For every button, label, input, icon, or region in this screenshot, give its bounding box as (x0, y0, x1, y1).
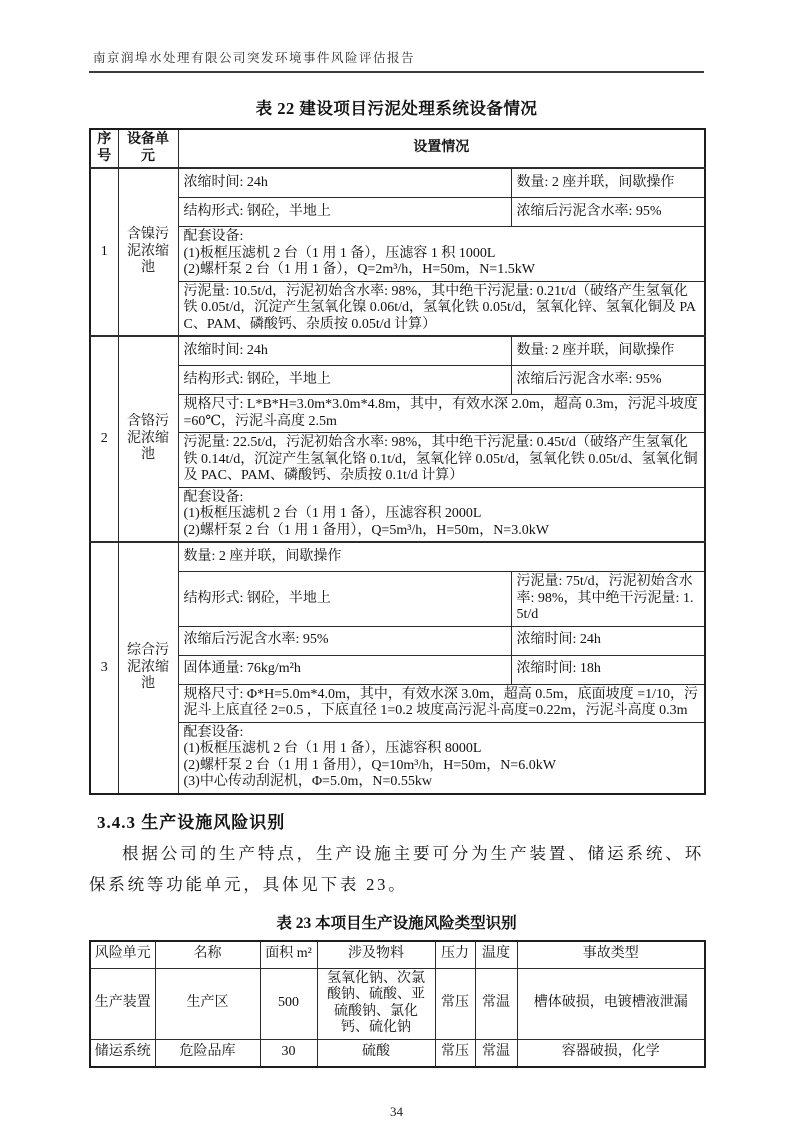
table-row: 配套设备: (1)板框压滤机 2 台（1 用 1 备），压滤容积 2000L (… (90, 487, 705, 542)
table-cell: 浓缩时间: 18h (511, 655, 705, 684)
table-cell: 结构形式: 钢砼，半地上 (178, 572, 511, 627)
report-header: 南京润埠水处理有限公司突发环境事件风险评估报告 (89, 0, 704, 73)
section-heading-3-4-3: 3.4.3 生产设施风险识别 (97, 808, 704, 833)
unit3-name: 综合污泥浓缩池 (118, 542, 178, 794)
table-cell: 污泥量: 75t/d，污泥初始含水率: 98%，其中绝干污泥量: 1.5t/d (511, 572, 705, 627)
t23-header-materials: 涉及物料 (317, 941, 435, 969)
t23-header-accident-type: 事故类型 (517, 941, 705, 969)
table-cell: 浓缩后污泥含水率: 95% (511, 198, 705, 227)
table-cell: 浓缩时间: 24h (178, 336, 511, 366)
body-paragraph: 根据公司的生产特点，生产设施主要可分为生产装置、储运系统、环保系统等功能单元，具… (89, 838, 704, 900)
unit2-no: 2 (90, 336, 118, 542)
table-row: 污泥量: 22.5t/d，污泥初始含水率: 98%，其中绝干污泥量: 0.45t… (90, 433, 705, 488)
t22-header-unit: 设备单元 (118, 129, 178, 168)
table-cell: 30 (260, 1039, 317, 1067)
unit1-no: 1 (90, 168, 118, 336)
t22-header-no: 序号 (90, 129, 118, 168)
table-row: 结构形式: 钢砼，半地上 污泥量: 75t/d，污泥初始含水率: 98%，其中绝… (90, 572, 705, 627)
table-row: 生产装置 生产区 500 氢氧化钠、次氯酸钠、硫酸、亚硫酸钠、氯化钙、硫化钠 常… (90, 968, 705, 1039)
table-cell: 硫酸 (317, 1039, 435, 1067)
table-cell: 容器破损，化学 (517, 1039, 705, 1067)
table-cell: 配套设备: (1)板框压滤机 2 台（1 用 1 备），压滤容积 2000L (… (178, 487, 705, 542)
table-cell: 氢氧化钠、次氯酸钠、硫酸、亚硫酸钠、氯化钙、硫化钠 (317, 968, 435, 1039)
table-cell: 数量: 2 座并联，间歇操作 (511, 168, 705, 198)
table-cell: 规格尺寸: Φ*H=5.0m*4.0m，其中，有效水深 3.0m，超高 0.5m… (178, 684, 705, 722)
table-cell: 数量: 2 座并联，间歇操作 (511, 336, 705, 366)
table-row: 1 含镍污泥浓缩池 浓缩时间: 24h 数量: 2 座并联，间歇操作 (90, 168, 705, 198)
table-cell: 常压 (435, 1039, 475, 1067)
table-cell: 500 (260, 968, 317, 1039)
table-cell: 储运系统 (90, 1039, 155, 1067)
table-cell: 危险品库 (155, 1039, 260, 1067)
unit1-name: 含镍污泥浓缩池 (118, 168, 178, 336)
table-row: 配套设备: (1)板框压滤机 2 台（1 用 1 备），压滤容积 8000L (… (90, 722, 705, 794)
table-cell: 生产装置 (90, 968, 155, 1039)
table-cell: 常温 (475, 968, 517, 1039)
table-row: 规格尺寸: Φ*H=5.0m*4.0m，其中，有效水深 3.0m，超高 0.5m… (90, 684, 705, 722)
t22-header-setup: 设置情况 (178, 129, 705, 168)
table-row: 配套设备: (1)板框压滤机 2 台（1 用 1 备），压滤容 1 积 1000… (90, 227, 705, 282)
table-cell: 固体通量: 76kg/m²h (178, 655, 511, 684)
table-cell: 常压 (435, 968, 475, 1039)
table-row: 污泥量: 10.5t/d，污泥初始含水率: 98%，其中绝干污泥量: 0.21t… (90, 281, 705, 336)
table-header-row: 风险单元 名称 面积 m² 涉及物料 压力 温度 事故类型 (90, 941, 705, 969)
t23-header-pressure: 压力 (435, 941, 475, 969)
table-cell: 结构形式: 钢砼，半地上 (178, 198, 511, 227)
t23-header-area: 面积 m² (260, 941, 317, 969)
sludge-equipment-table: 序号 设备单元 设置情况 1 含镍污泥浓缩池 浓缩时间: 24h 数量: 2 座… (89, 128, 706, 795)
page-number: 34 (0, 1104, 793, 1120)
table-cell: 槽体破损，电镀槽液泄漏 (517, 968, 705, 1039)
table-cell: 常温 (475, 1039, 517, 1067)
unit2-name: 含铬污泥浓缩池 (118, 336, 178, 542)
table22-title: 表 22 建设项目污泥处理系统设备情况 (89, 95, 704, 119)
t23-header-temperature: 温度 (475, 941, 517, 969)
table-cell: 浓缩后污泥含水率: 95% (511, 366, 705, 395)
unit3-no: 3 (90, 542, 118, 794)
table-row: 2 含铬污泥浓缩池 浓缩时间: 24h 数量: 2 座并联，间歇操作 (90, 336, 705, 366)
table-cell: 配套设备: (1)板框压滤机 2 台（1 用 1 备），压滤容 1 积 1000… (178, 227, 705, 282)
table-cell: 浓缩时间: 24h (511, 626, 705, 655)
table-cell: 浓缩时间: 24h (178, 168, 511, 198)
table-cell: 污泥量: 22.5t/d，污泥初始含水率: 98%，其中绝干污泥量: 0.45t… (178, 433, 705, 488)
table-row: 结构形式: 钢砼，半地上 浓缩后污泥含水率: 95% (90, 366, 705, 395)
table-row: 固体通量: 76kg/m²h 浓缩时间: 18h (90, 655, 705, 684)
table-row: 浓缩后污泥含水率: 95% 浓缩时间: 24h (90, 626, 705, 655)
t23-header-risk-unit: 风险单元 (90, 941, 155, 969)
risk-type-table: 风险单元 名称 面积 m² 涉及物料 压力 温度 事故类型 生产装置 生产区 5… (89, 940, 706, 1068)
table-row: 规格尺寸: L*B*H=3.0m*3.0m*4.8m，其中，有效水深 2.0m，… (90, 395, 705, 433)
table23-title: 表 23 本项目生产设施风险类型识别 (89, 911, 704, 933)
document-page: 南京润埠水处理有限公司突发环境事件风险评估报告 表 22 建设项目污泥处理系统设… (0, 0, 793, 1122)
t23-header-name: 名称 (155, 941, 260, 969)
table-cell: 规格尺寸: L*B*H=3.0m*3.0m*4.8m，其中，有效水深 2.0m，… (178, 395, 705, 433)
table-cell: 污泥量: 10.5t/d，污泥初始含水率: 98%，其中绝干污泥量: 0.21t… (178, 281, 705, 336)
table-row: 3 综合污泥浓缩池 数量: 2 座并联，间歇操作 (90, 542, 705, 572)
table-header-row: 序号 设备单元 设置情况 (90, 129, 705, 168)
table-cell: 浓缩后污泥含水率: 95% (178, 626, 511, 655)
table-row: 结构形式: 钢砼，半地上 浓缩后污泥含水率: 95% (90, 198, 705, 227)
table-cell: 数量: 2 座并联，间歇操作 (178, 542, 705, 572)
table-cell: 配套设备: (1)板框压滤机 2 台（1 用 1 备），压滤容积 8000L (… (178, 722, 705, 794)
table-cell: 结构形式: 钢砼，半地上 (178, 366, 511, 395)
table-row: 储运系统 危险品库 30 硫酸 常压 常温 容器破损，化学 (90, 1039, 705, 1067)
table-cell: 生产区 (155, 968, 260, 1039)
